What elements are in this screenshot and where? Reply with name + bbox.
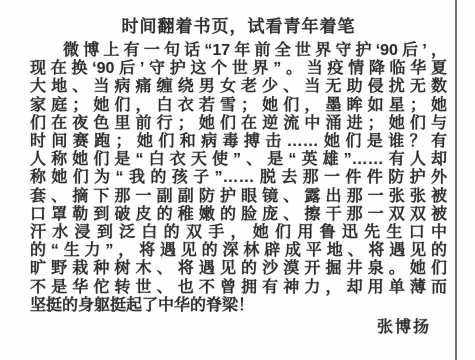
body-line: 的“生力”，将遇见的深林辟成平地、将遇见的: [30, 242, 447, 260]
body-line: 时间赛跑；她们和病毒搏击……她们是谁？有: [30, 133, 447, 151]
body-line: 口罩勒到破皮的稚嫩的脸庞、擦干那一双双被: [30, 206, 447, 224]
body-line: 坚挺的身躯挺起了中华的脊梁！: [30, 297, 447, 315]
body-line: 人称她们是“白衣天使”、是“英雄”……有人却: [30, 151, 447, 169]
body-line: 大地、当病痛缠绕男女老少、当无助侵扰无数: [30, 78, 447, 96]
body-line: 们在夜色里前行；她们在逆流中涌进；她们与: [30, 115, 447, 133]
body-line: 现在换‘90后’守护这个世界”。当疫情降临华夏: [30, 60, 447, 78]
body-line: 套、摘下那一副副防护眼镜、露出那一张张被: [30, 188, 447, 206]
body-line: 不是华佗转世、也不曾拥有神力，却用单薄而: [30, 279, 447, 297]
body-line: 家庭；她们，白衣若雪；她们，墨眸如星；她: [30, 97, 447, 115]
essay-title: 时间翻着书页，试看青年着笔: [30, 16, 447, 38]
body-line: 微博上有一句话“17年前全世界守护‘90后’，: [30, 42, 447, 60]
page-edge-line: [455, 0, 457, 360]
body-line: 旷野栽种树木、将遇见的沙漠开掘井泉。她们: [30, 260, 447, 278]
signature: 张博扬: [30, 318, 447, 338]
body-line: 汗水浸到泛白的双手，她们用鲁迅先生口中: [30, 224, 447, 242]
document-page: 时间翻着书页，试看青年着笔 微博上有一句话“17年前全世界守护‘90后’， 现在…: [0, 0, 475, 360]
essay: 时间翻着书页，试看青年着笔 微博上有一句话“17年前全世界守护‘90后’， 现在…: [30, 16, 447, 338]
body-line: 称她们为“我的孩子”……脱去那一件件防护外: [30, 169, 447, 187]
